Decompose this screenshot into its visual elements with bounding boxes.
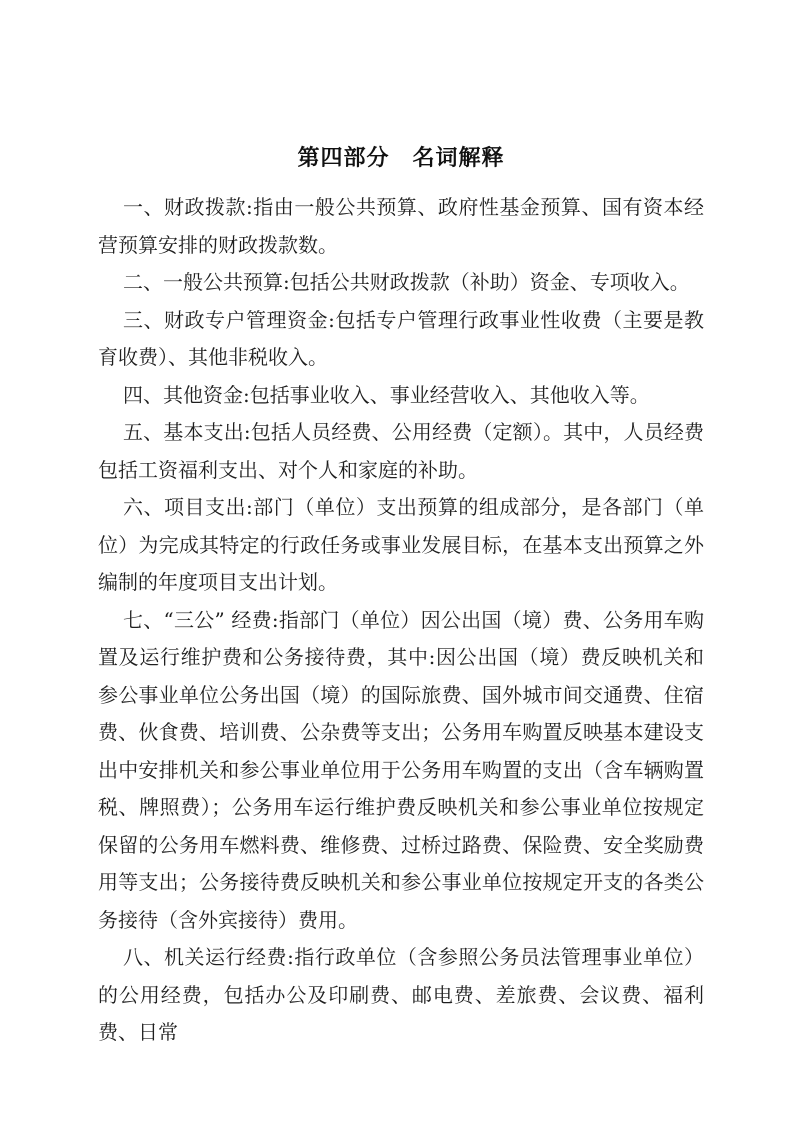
paragraph-jiguan-yunxing-jingfei: 八、机关运行经费:指行政单位（含参照公务员法管理事业单位）的公用经费，包括办公及… <box>98 939 704 1052</box>
page-title: 第四部分 名词解释 <box>98 140 704 178</box>
paragraph-xiangmu-zhichu: 六、项目支出:部门（单位）支出预算的组成部分，是各部门（单位）为完成其特定的行政… <box>98 489 704 602</box>
paragraph-qita-zijin: 四、其他资金:包括事业收入、事业经营收入、其他收入等。 <box>98 377 704 415</box>
paragraph-caizheng-bokuan: 一、财政拨款:指由一般公共预算、政府性基金预算、国有资本经营预算安排的财政拨款数… <box>98 189 704 264</box>
document-content: 第四部分 名词解释 一、财政拨款:指由一般公共预算、政府性基金预算、国有资本经营… <box>98 140 704 1052</box>
paragraph-caizheng-zhuanhu-guanli-zijin: 三、财政专户管理资金:包括专户管理行政事业性收费（主要是教育收费）、其他非税收入… <box>98 302 704 377</box>
paragraph-yiban-gonggong-yusuan: 二、一般公共预算:包括公共财政拨款（补助）资金、专项收入。 <box>98 264 704 302</box>
paragraph-sangong-jingfei: 七、“三公” 经费:指部门（单位）因公出国（境）费、公务用车购置及运行维护费和公… <box>98 602 704 940</box>
paragraph-jiben-zhichu: 五、基本支出:包括人员经费、公用经费（定额）。其中，人员经费包括工资福利支出、对… <box>98 414 704 489</box>
document-page: 第四部分 名词解释 一、财政拨款:指由一般公共预算、政府性基金预算、国有资本经营… <box>0 0 793 1122</box>
